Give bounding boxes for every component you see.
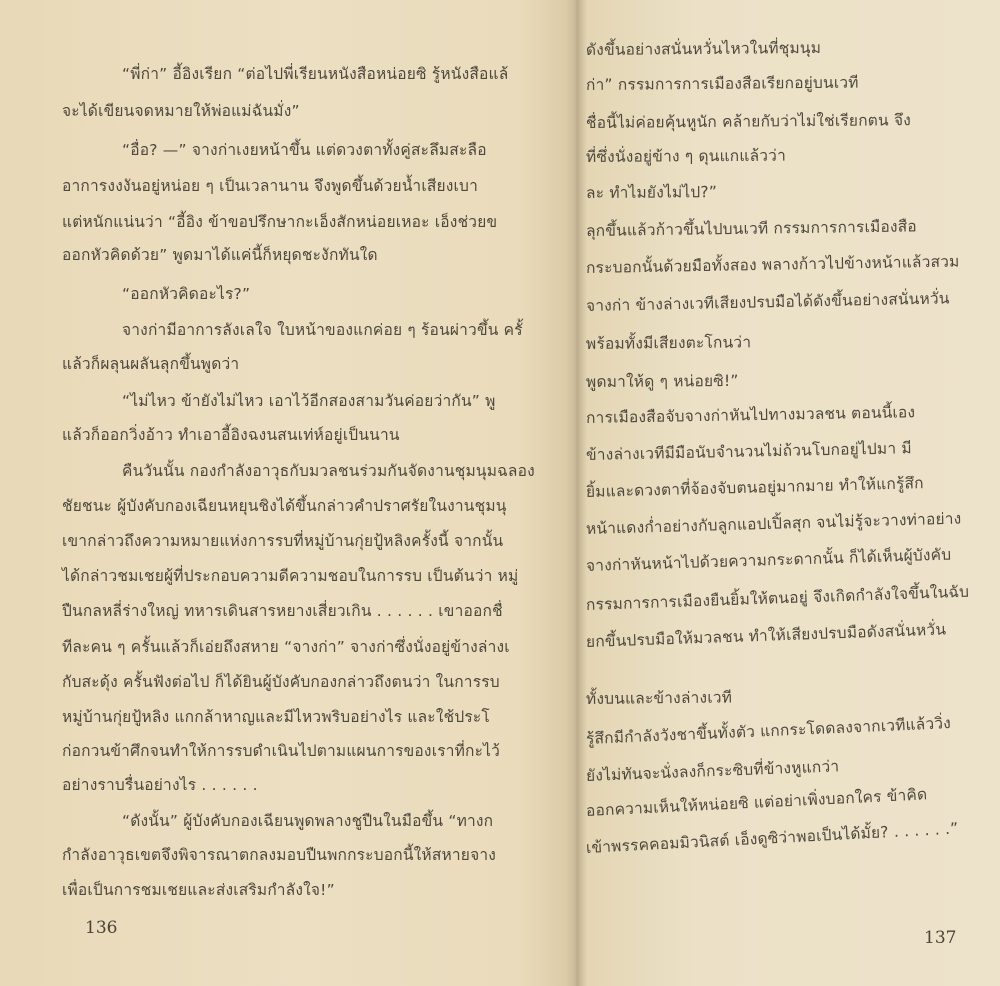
text-line: ยกขึ้นปรบมือให้มวลชน ทำให้เสียงปรบมือดัง… <box>586 619 947 652</box>
text-line: เพื่อเป็นการชมเชยและส่งเสริมกำลังใจ!” <box>62 880 335 900</box>
text-line: “อื่อ? —” จางก่าเงยหน้าขึ้น แต่ดวงตาทั้ง… <box>122 140 487 160</box>
text-line: จางก่ามีอาการลังเลใจ ใบหน้าของแกค่อย ๆ ร… <box>122 320 523 340</box>
text-line: “พี่ก่า” อี้อิงเรียก “ต่อไปพี่เรียนหนังส… <box>122 64 508 84</box>
text-line: คืนวันนั้น กองกำลังอาวุธกับมวลชนร่วมกันจ… <box>122 461 535 481</box>
text-line: แต่หนักแน่นว่า “อี้อิง ข้าขอปรึกษากะเอ็ง… <box>62 212 497 232</box>
text-line: ยังไม่ทันจะนั่งลงก็กระซิบที่ข้างหูแกว่า <box>586 756 840 786</box>
page-number-right: 137 <box>924 928 956 948</box>
text-line: ออกหัวคิดด้วย” พูดมาได้แค่นี้ก็หยุดชะงัก… <box>62 245 378 265</box>
text-line: อย่างราบรื่นอย่างไร . . . . . . <box>62 775 258 795</box>
text-line: กระบอกนั้นด้วยมือทั้งสอง พลางก้าวไปข้างห… <box>586 251 960 278</box>
text-line: การเมืองสือจับจางก่าหันไปทางมวลชน ตอนนี้… <box>586 402 916 428</box>
text-line: ทั้งบนและข้างล่างเวที <box>586 687 732 709</box>
text-line: พูดมาให้ดู ๆ หน่อยซิ!” <box>586 371 739 392</box>
text-line: ออกความเห็นให้หน่อยซิ แต่อย่าเพิ่งบอกใคร… <box>586 784 928 821</box>
text-line: ชัยชนะ ผู้บังคับกองเฉียนหยุนชิงได้ขึ้นกล… <box>62 496 507 516</box>
text-line: “ไม่ไหว ข้ายังไม่ไหว เอาไว้อีกสองสามวันค… <box>122 391 496 411</box>
text-line: ปืนกลหลี่ร่างใหญ่ ทหารเดินสารหยางเสี่ยวเ… <box>62 601 503 621</box>
text-line: กับสะดุ้ง ครั้นฟังต่อไป ก็ได้ยินผู้บังคั… <box>62 672 500 692</box>
text-line: จางก่าหันหน้าไปด้วยความกระดากนั้น ก็ได้เ… <box>586 545 952 576</box>
text-line: “ดังนั้น” ผู้บังคับกองเฉียนพูดพลางชูปืนใ… <box>122 811 493 831</box>
text-line: ลุกขึ้นแล้วก้าวขึ้นไปบนเวที กรรมการการเม… <box>586 216 917 241</box>
text-line: ดังขึ้นอย่างสนั่นหวั่นไหวในที่ชุมนุม <box>586 38 821 60</box>
text-line: หน้าแดงก่ำอย่างกับลูกแอปเปิ้ลสุก จนไม่รู… <box>586 509 962 539</box>
text-line: ข้างล่างเวทีมีมือนับจำนวนไม่ถ้วนโบกอยู่ไ… <box>586 438 912 465</box>
text-line: อาการงงงันอยู่หน่อย ๆ เป็นเวลานาน จึงพูด… <box>62 176 478 196</box>
text-line: ได้กล่าวชมเชยผู้ที่ประกอบความดีความชอบใน… <box>62 566 518 586</box>
text-line: พร้อมทั้งมีเสียงตะโกนว่า <box>586 332 751 354</box>
left-page: “พี่ก่า” อี้อิงเรียก “ต่อไปพี่เรียนหนังส… <box>0 0 578 986</box>
text-line: “ออกหัวคิดอะไร?” <box>122 284 250 304</box>
text-line: ทีละคน ๆ ครั้นแล้วก็เอ่ยถึงสหาย “จางก่า”… <box>62 637 510 657</box>
text-line: ยิ้มและดวงตาที่จ้องจับตนอยู่มากมาย ทำให้… <box>586 473 924 502</box>
text-line: กำลังอาวุธเขตจึงพิจารณาตกลงมอบปืนพกกระบอ… <box>62 845 496 865</box>
open-book-spread: “พี่ก่า” อี้อิงเรียก “ต่อไปพี่เรียนหนังส… <box>0 0 1000 986</box>
text-line: เข้าพรรคคอมมิวนิสต์ เอ็งดูซิว่าพอเป็นได้… <box>585 818 958 857</box>
page-number-left: 136 <box>85 918 117 938</box>
text-line: ที่ซึ่งนั่งอยู่ข้าง ๆ ดุนแกแล้วว่า <box>586 146 786 167</box>
text-line: แล้วก็ผลุนผลันลุกขึ้นพูดว่า <box>62 354 239 374</box>
text-line: ก่อกวนข้าศึกจนทำให้การรบดำเนินไปตามแผนกา… <box>62 741 500 761</box>
text-line: ละ ทำไมยังไม่ไป?” <box>586 182 717 203</box>
text-line: แล้วก็ออกวิ่งอ้าว ทำเอาอี้อิงฉงนสนเท่ห์อ… <box>62 425 400 445</box>
text-line: ก่า” กรรมการการเมืองสือเรียกอยู่บนเวที <box>586 73 859 95</box>
text-line: ชื่อนี้ไม่ค่อยคุ้นหูนัก คล้ายกับว่าไม่ใช… <box>586 110 911 133</box>
text-line: จะได้เขียนจดหมายให้พ่อแม่ฉันมั่ง” <box>62 101 300 121</box>
text-line: กรรมการการเมืองยืนยิ้มให้ตนอยู่ จึงเกิดก… <box>586 582 970 615</box>
text-line: จางก่า ข้างล่างเวทีเสียงปรบมือได้ดังขึ้น… <box>586 288 950 316</box>
text-line: รู้สึกมีกำลังวังชาขึ้นทั้งตัว แกกระโดดลง… <box>586 713 952 749</box>
text-line: เขากล่าวถึงความหมายแห่งการรบที่หมู่บ้านก… <box>62 531 503 551</box>
text-line: หมู่บ้านกุ่ยปู้หลิง แกกล้าหาญและมีไหวพริ… <box>62 707 490 727</box>
right-page: ดังขึ้นอย่างสนั่นหวั่นไหวในที่ชุมนุม ก่า… <box>578 0 1000 986</box>
